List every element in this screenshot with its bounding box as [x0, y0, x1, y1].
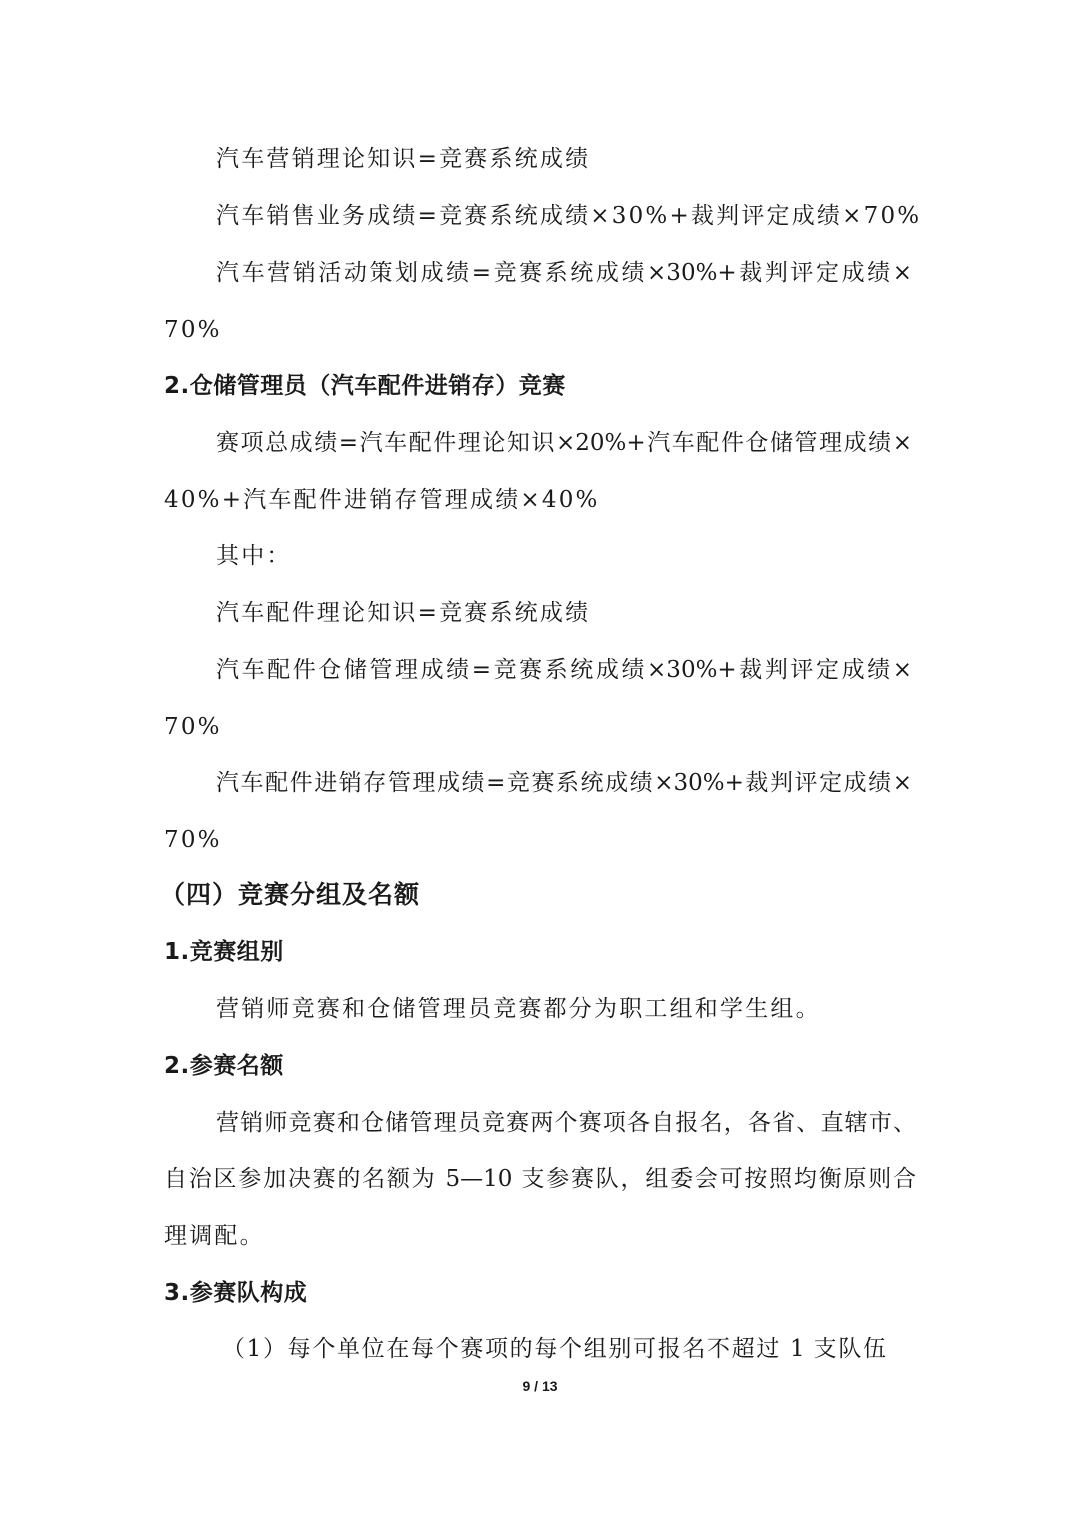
formula-marketing-planning-cont: 70%	[164, 315, 924, 345]
document-page: 汽车营销理论知识=竞赛系统成绩 汽车销售业务成绩=竞赛系统成绩×30%+裁判评定…	[0, 0, 1080, 1527]
subheading-team-composition: 3.参赛队构成	[164, 1278, 924, 1308]
formula-marketing-planning: 汽车营销活动策划成绩=竞赛系统成绩×30%+裁判评定成绩×	[216, 258, 912, 288]
among-them-label: 其中：	[216, 541, 976, 571]
section-heading-groups-quota: （四）竞赛分组及名额	[160, 880, 920, 910]
subheading-competition-groups: 1.竞赛组别	[164, 937, 924, 967]
paragraph-groups: 营销师竞赛和仓储管理员竞赛都分为职工组和学生组。	[216, 994, 976, 1024]
paragraph-team-rule-1: （1）每个单位在每个赛项的每个组别可报名不超过 1 支队伍	[222, 1334, 886, 1364]
formula-parts-inventory: 汽车配件进销存管理成绩=竞赛系统成绩×30%+裁判评定成绩×	[216, 768, 912, 798]
paragraph-quota-line1: 营销师竞赛和仓储管理员竞赛两个赛项各自报名，各省、直辖市、	[216, 1108, 916, 1138]
formula-total-score: 赛项总成绩=汽车配件理论知识×20%+汽车配件仓储管理成绩×	[216, 428, 912, 458]
formula-parts-warehouse-cont: 70%	[164, 712, 924, 742]
paragraph-quota-line2: 自治区参加决赛的名额为 5—10 支参赛队，组委会可按照均衡原则合	[164, 1164, 916, 1194]
formula-total-score-cont: 40%+汽车配件进销存管理成绩×40%	[164, 485, 924, 515]
formula-sales-business: 汽车销售业务成绩=竞赛系统成绩×30%+裁判评定成绩×70%	[216, 201, 976, 231]
formula-parts-warehouse: 汽车配件仓储管理成绩=竞赛系统成绩×30%+裁判评定成绩×	[216, 655, 912, 685]
section-heading-warehouse-manager: 2.仓储管理员（汽车配件进销存）竞赛	[164, 371, 924, 401]
formula-parts-theory: 汽车配件理论知识=竞赛系统成绩	[216, 598, 976, 628]
subheading-quota: 2.参赛名额	[164, 1051, 924, 1081]
paragraph-quota-line3: 理调配。	[164, 1221, 924, 1251]
page-number: 9 / 13	[0, 1378, 1080, 1394]
formula-parts-inventory-cont: 70%	[164, 825, 924, 855]
formula-marketing-theory: 汽车营销理论知识=竞赛系统成绩	[216, 144, 976, 174]
